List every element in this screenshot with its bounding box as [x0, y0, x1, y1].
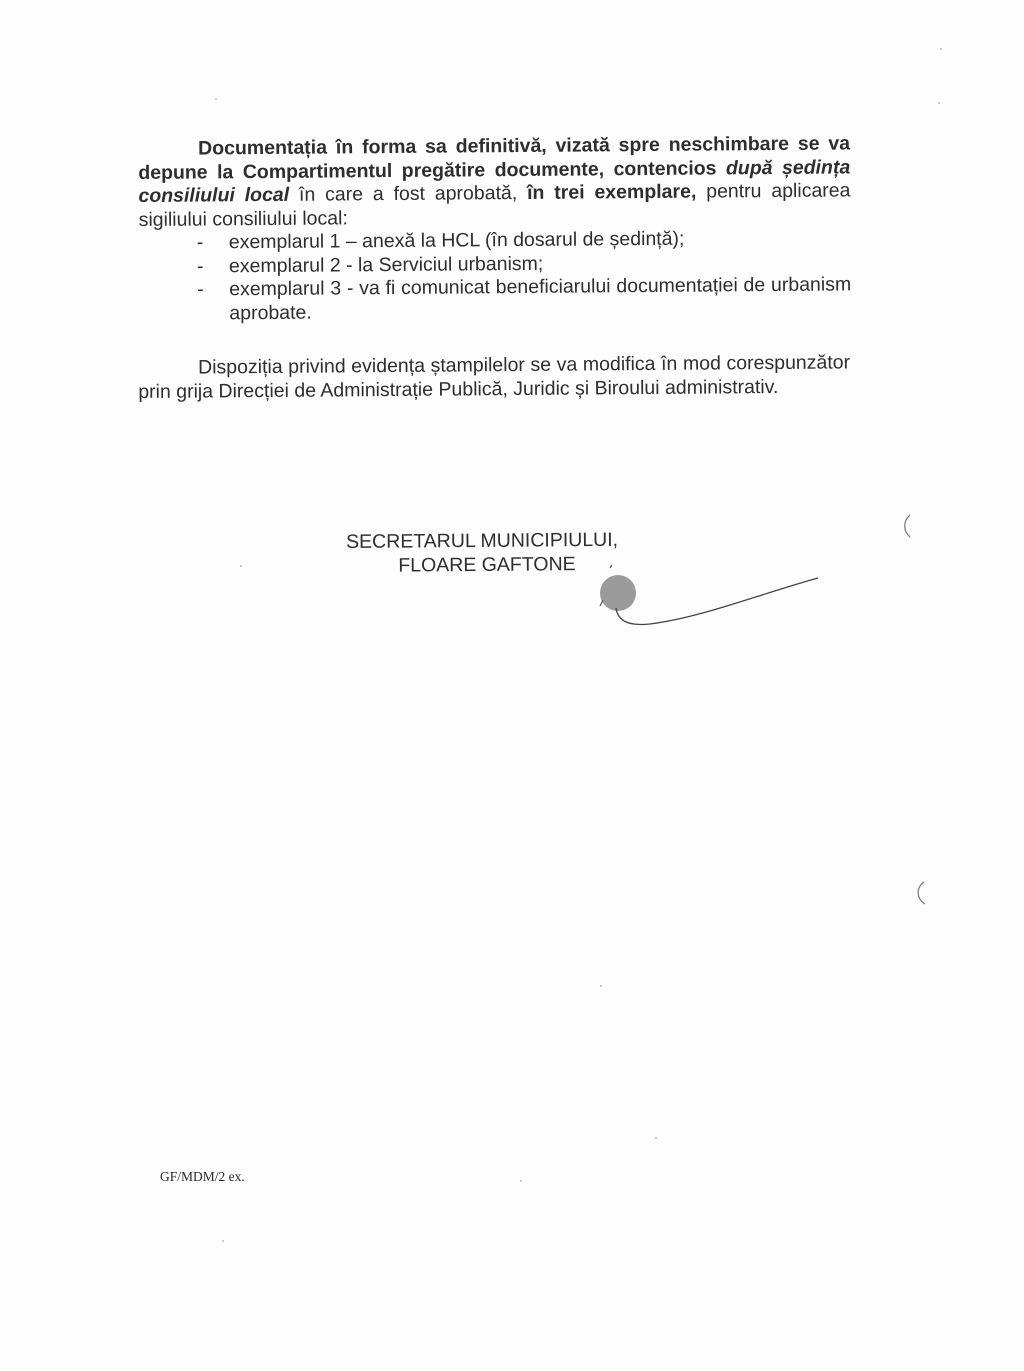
- list-item-text: exemplarul 1 – anexă la HCL (în dosarul …: [229, 228, 685, 254]
- signatory-title: SECRETARUL MUNICIPIULUI,: [346, 528, 618, 554]
- scan-mark-icon: [913, 880, 927, 906]
- scan-speck: [655, 1137, 657, 1139]
- scan-mark-icon: [900, 513, 914, 539]
- paragraph-stamps-text: Dispoziția privind evidența ștampilelor …: [138, 351, 850, 402]
- document-reference: GF/MDM/2 ex.: [160, 1169, 245, 1185]
- paragraph-middle: în care a fost aprobată,: [299, 182, 517, 206]
- scan-speck: [600, 985, 602, 987]
- list-item-text: exemplarul 2 - la Serviciul urbanism;: [229, 252, 543, 276]
- scan-speck: [240, 565, 242, 567]
- paragraph-stamps: Dispoziția privind evidența ștampilelor …: [138, 351, 850, 404]
- list-dash: -: [197, 278, 204, 302]
- scanned-page: Documentația în forma sa definitivă, viz…: [0, 0, 1024, 1371]
- copies-list: - exemplarul 1 – anexă la HCL (în dosaru…: [139, 226, 852, 326]
- handwritten-signature-icon: [590, 560, 830, 640]
- signatory-name: FLOARE GAFTONE: [346, 552, 618, 578]
- list-dash: -: [197, 255, 204, 279]
- list-dash: -: [197, 231, 204, 255]
- paragraph-bold-tail: în trei exemplare,: [527, 181, 696, 204]
- list-item: - exemplarul 3 - va fi comunicat benefic…: [139, 273, 851, 326]
- scan-speck: [938, 102, 940, 104]
- signature-block: SECRETARUL MUNICIPIULUI, FLOARE GAFTONE: [346, 528, 618, 578]
- scan-speck: [940, 48, 942, 50]
- list-item-text: exemplarul 3 - va fi comunicat beneficia…: [229, 273, 851, 323]
- scan-speck: [222, 1240, 224, 1242]
- paragraph-submission: Documentația în forma sa definitivă, viz…: [138, 132, 851, 326]
- scan-speck: [215, 98, 217, 100]
- scan-speck: [520, 1180, 522, 1182]
